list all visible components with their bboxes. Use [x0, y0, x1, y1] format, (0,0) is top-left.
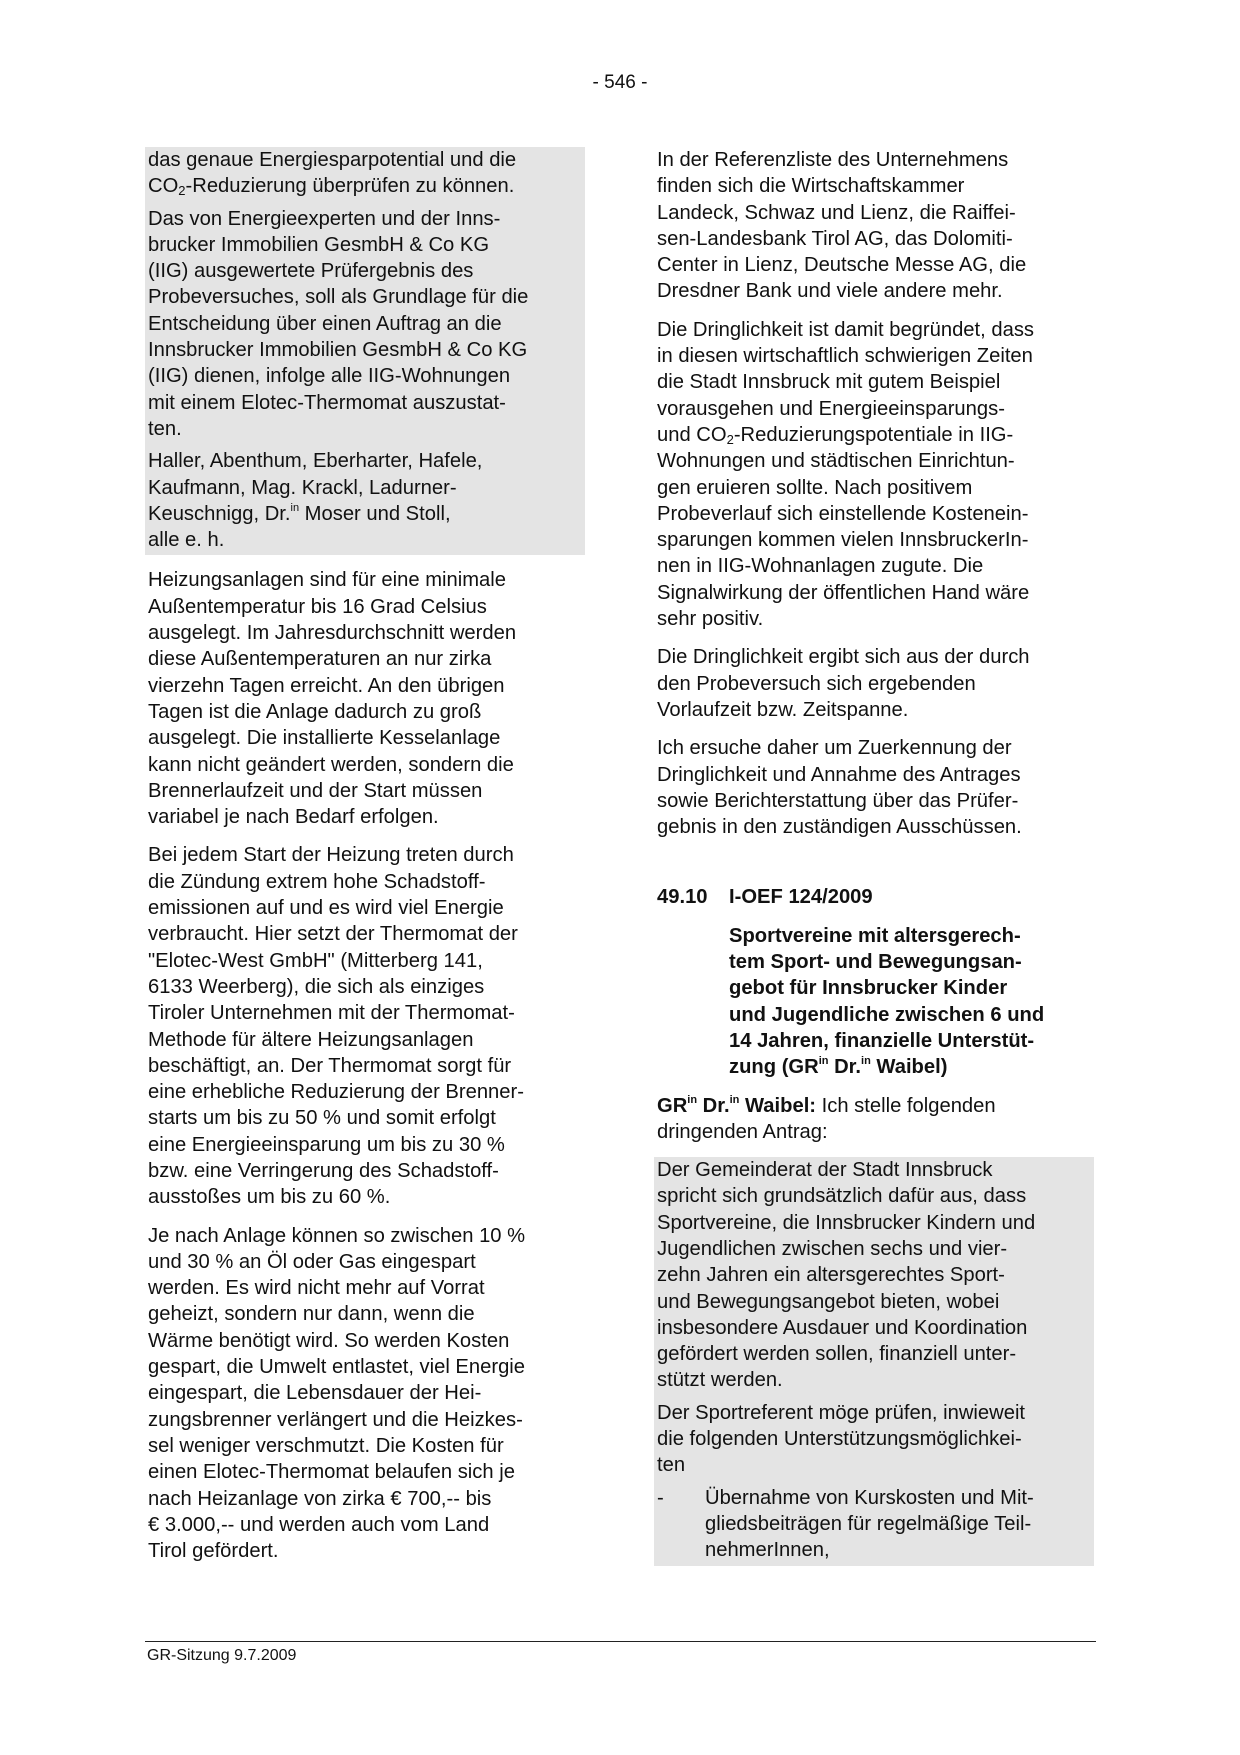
- paragraph-reference-list: In der Referenzliste des Unternehmens fi…: [654, 147, 1094, 305]
- paragraph-urgency-timeframe: Die Dringlichkeit ergibt sich aus der du…: [654, 644, 1094, 723]
- superscript: in: [291, 502, 300, 514]
- text-segment: Dr.: [697, 1095, 730, 1117]
- paragraph-sport-referee: Der Sportreferent möge prüfen, inwieweit…: [654, 1400, 1094, 1485]
- paragraph-savings-costs: Je nach Anlage können so zwischen 10 % u…: [145, 1223, 585, 1565]
- paragraph-energy-potential: das genaue Energiesparpotential und die …: [145, 147, 585, 206]
- agenda-item-number: 49.10: [657, 884, 729, 910]
- right-column: In der Referenzliste des Unternehmens fi…: [654, 147, 1094, 1566]
- text-segment: -Reduzierung überprüfen zu können.: [186, 175, 515, 197]
- subscript: 2: [178, 183, 185, 198]
- motion-text-block-shaded: das genaue Energiesparpotential und die …: [145, 147, 585, 555]
- motion-text-block-shaded: Der Gemeinderat der Stadt Innsbruck spri…: [654, 1157, 1094, 1565]
- speaker-statement: GRin Dr.in Waibel: Ich stelle folgenden …: [654, 1093, 1094, 1146]
- bullet-text: Übernahme von Kurskosten und Mit- glieds…: [705, 1485, 1034, 1564]
- footer-divider: [145, 1641, 1096, 1642]
- text-segment: -Reduzierungspotentiale in IIG- Wohnunge…: [657, 424, 1029, 630]
- footer-session-date: GR-Sitzung 9.7.2009: [147, 1647, 296, 1665]
- paragraph-heating-systems: Heizungsanlagen sind für eine minimale A…: [145, 567, 585, 830]
- speaker-name: GRin Dr.in Waibel:: [657, 1095, 816, 1117]
- page-number: - 546 -: [0, 72, 1240, 94]
- text-segment: GR: [657, 1095, 687, 1117]
- superscript: in: [687, 1094, 697, 1106]
- text-segment: Waibel:: [739, 1095, 816, 1117]
- superscript: in: [861, 1055, 871, 1067]
- text-segment: Waibel): [871, 1056, 948, 1078]
- paragraph-request: Ich ersuche daher um Zuerkennung der Dri…: [654, 735, 1094, 840]
- paragraph-council-resolution: Der Gemeinderat der Stadt Innsbruck spri…: [654, 1157, 1094, 1400]
- agenda-item-title: Sportvereine mit altersgerech- tem Sport…: [726, 923, 1094, 1081]
- agenda-item-code: I-OEF 124/2009: [729, 884, 873, 910]
- agenda-item-heading: 49.10 I-OEF 124/2009: [654, 884, 1094, 910]
- text-segment: Dr.: [828, 1056, 861, 1078]
- paragraph-iig-evaluation: Das von Energieexperten und der Inns- br…: [145, 206, 585, 449]
- list-item: - Übernahme von Kurskosten und Mit- glie…: [654, 1485, 1094, 1566]
- bullet-dash: -: [657, 1485, 705, 1564]
- left-column: das genaue Energiesparpotential und die …: [145, 147, 585, 1576]
- subscript: 2: [727, 432, 734, 447]
- superscript: in: [730, 1094, 740, 1106]
- paragraph-urgency-justification: Die Dringlichkeit ist damit begründet, d…: [654, 317, 1094, 633]
- paragraph-thermomat: Bei jedem Start der Heizung treten durch…: [145, 842, 585, 1210]
- signatories: Haller, Abenthum, Eberharter, Hafele, Ka…: [145, 448, 585, 555]
